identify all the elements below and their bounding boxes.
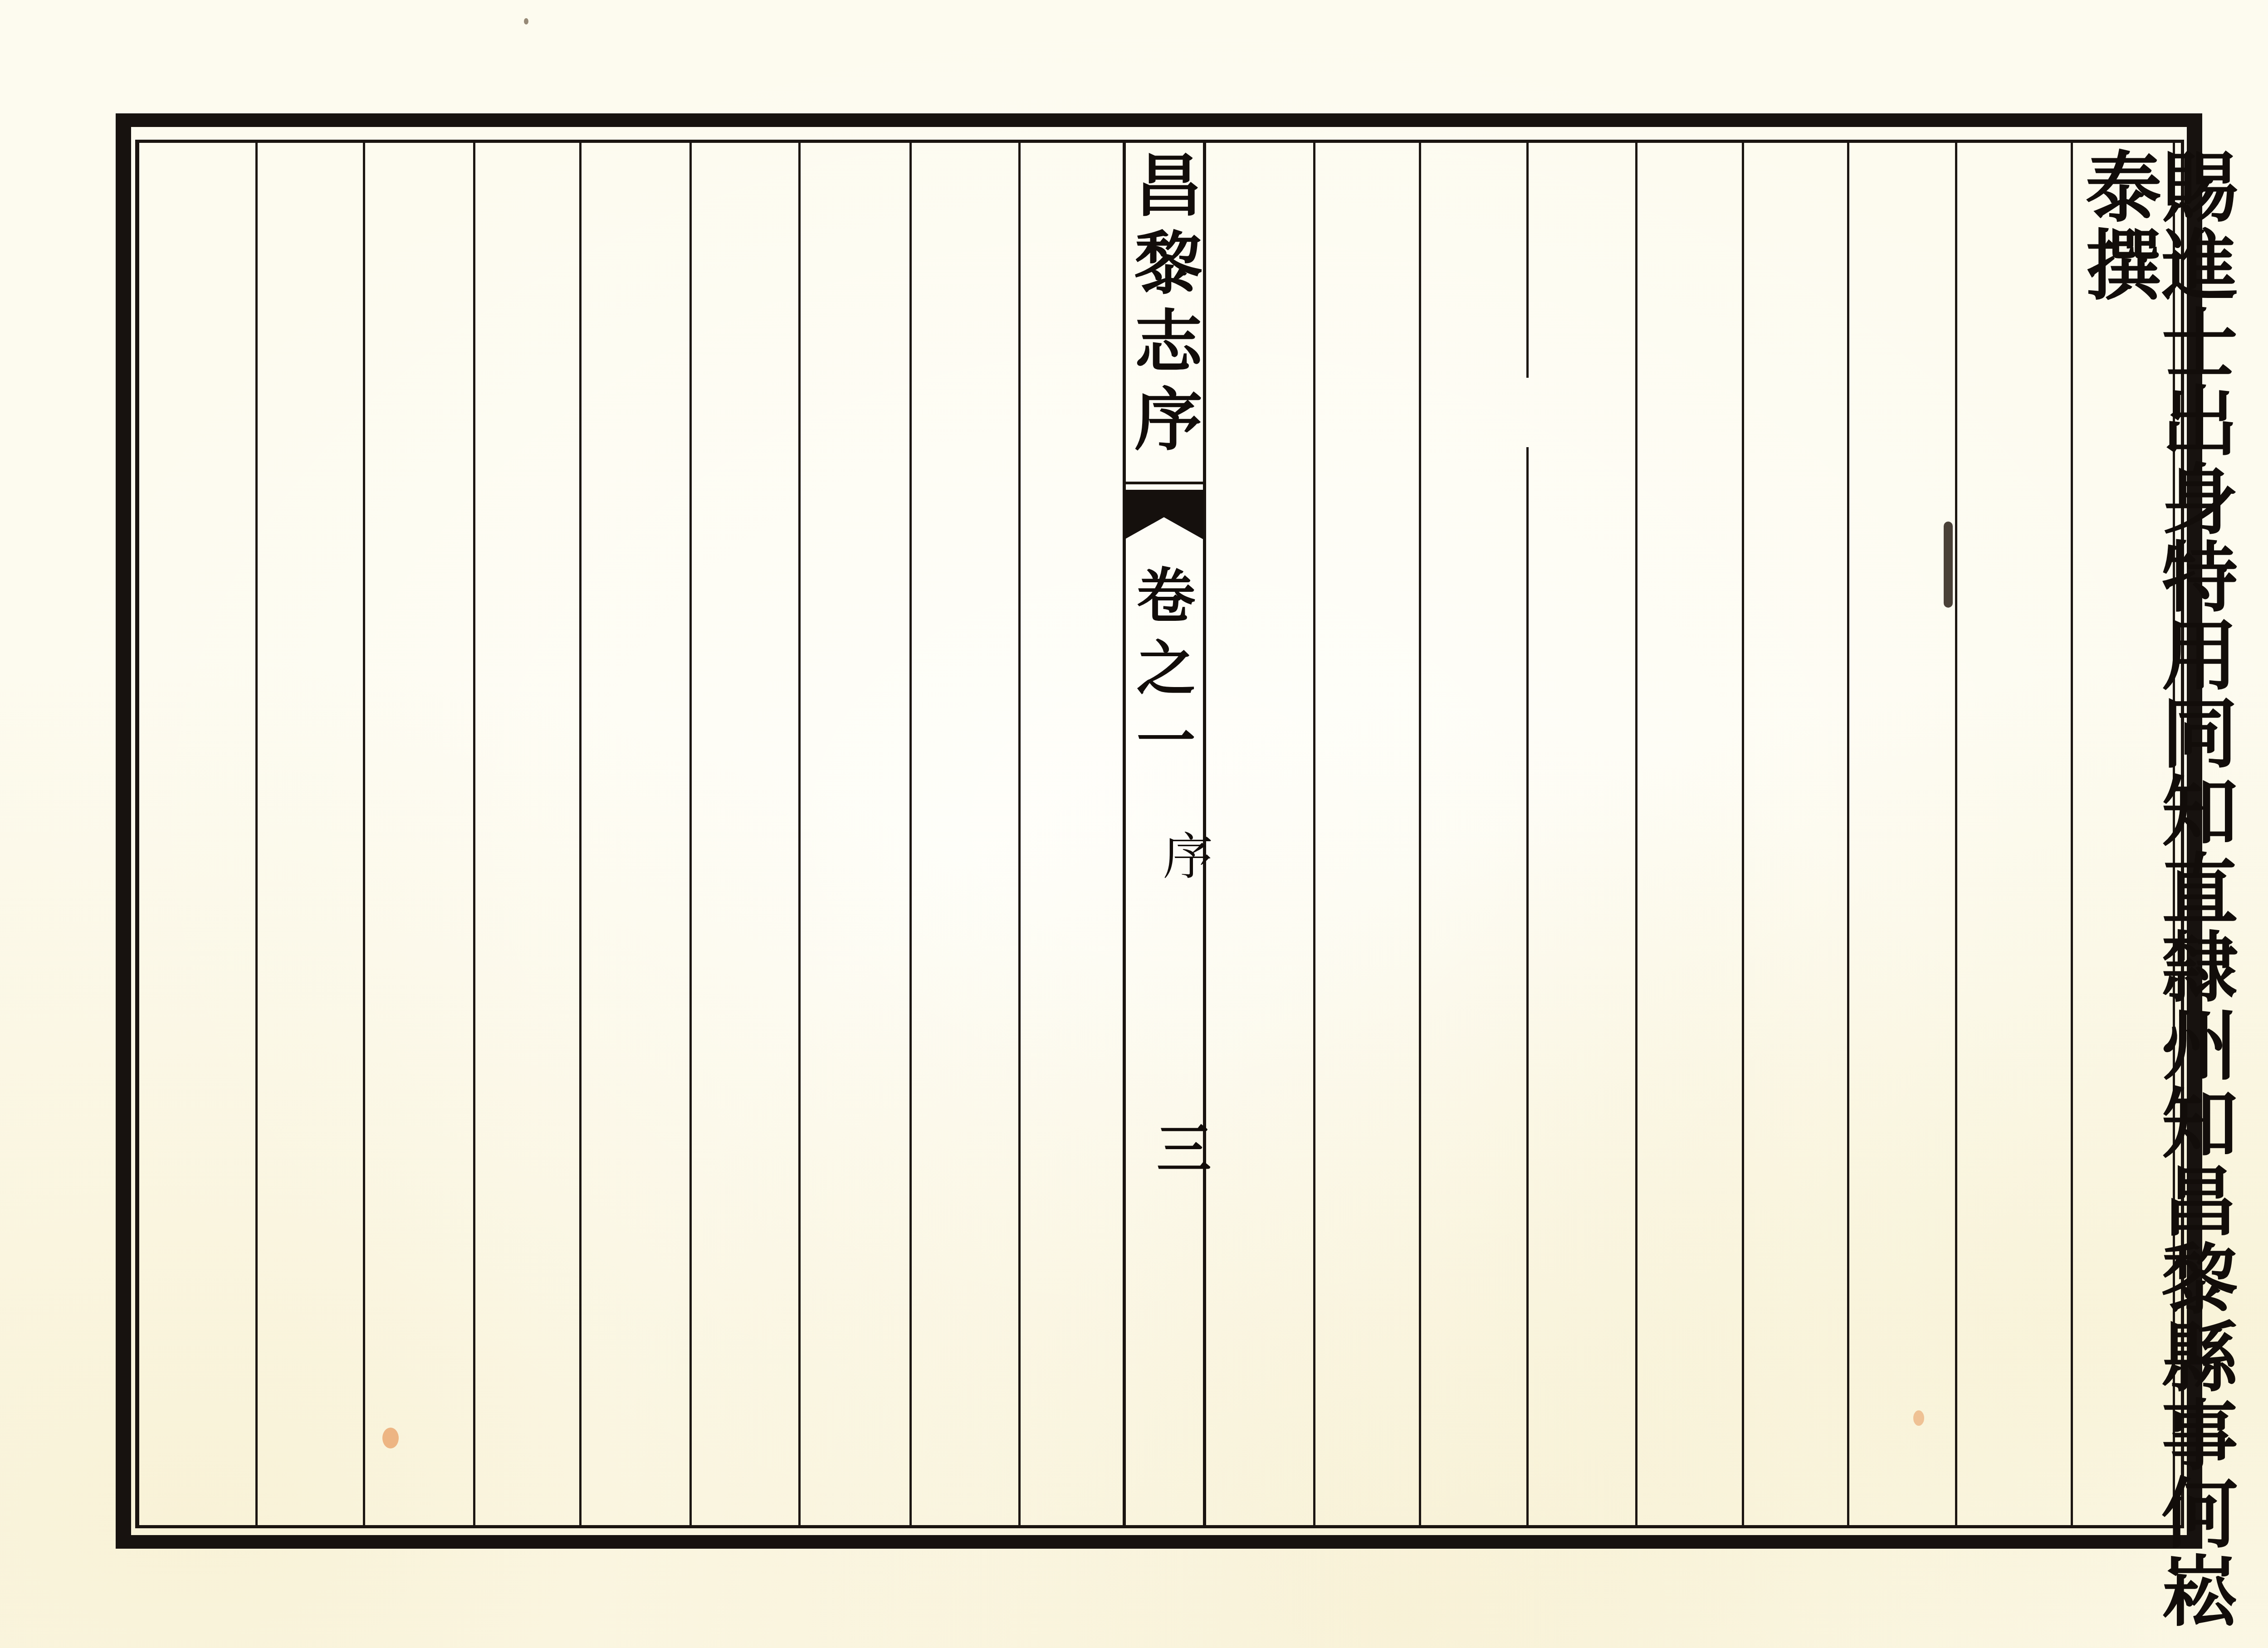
column-rule: [798, 143, 801, 1526]
section-label: 序: [1159, 830, 1209, 880]
column-rule: [363, 143, 365, 1526]
stain-spot: [524, 18, 528, 24]
book-title: 昌黎志序: [1129, 150, 1197, 462]
volume-label: 卷之一: [1132, 565, 1191, 782]
column-rule: [1313, 143, 1315, 1526]
column-rule: [473, 143, 475, 1526]
column-rule: [1635, 143, 1637, 1526]
column-rule: [909, 143, 912, 1526]
page-number: 三: [1152, 1120, 1207, 1175]
column-rule: [2071, 143, 2073, 1526]
author-attribution-column: 賜進士出身特用同知直隸州知昌黎縣事何崧泰撰: [2080, 147, 2232, 1648]
column-rule: [689, 143, 692, 1526]
fishtail-divider: [1124, 482, 1204, 484]
column-rule: [1742, 143, 1744, 1526]
column-rule: [579, 143, 582, 1526]
column-rule: [1955, 143, 1957, 1526]
column-rule: [1419, 143, 1421, 1526]
column-rule: [255, 143, 258, 1526]
column-rule: [1018, 143, 1021, 1526]
column-rule: [1847, 143, 1849, 1526]
column-rule: [1526, 143, 1529, 1526]
